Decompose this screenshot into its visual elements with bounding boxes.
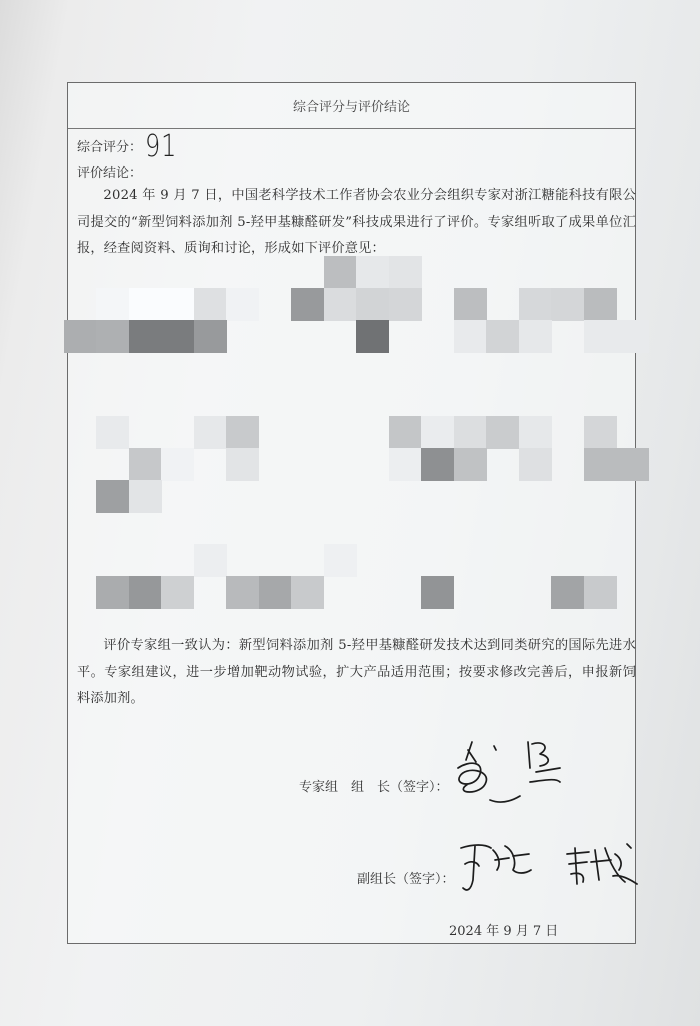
mosaic-cell xyxy=(161,448,194,481)
mosaic-cell xyxy=(421,576,454,609)
mosaic-cell xyxy=(389,256,422,289)
deputy-signatures xyxy=(455,840,675,910)
mosaic-cell xyxy=(226,448,259,481)
conclusion-label: 评价结论： xyxy=(77,162,142,181)
mosaic-cell xyxy=(259,576,292,609)
mosaic-cell xyxy=(519,320,552,353)
mosaic-cell xyxy=(616,448,649,481)
mosaic-cell xyxy=(486,320,519,353)
mosaic-cell xyxy=(96,576,129,609)
leader-signature xyxy=(450,738,610,818)
mosaic-cell xyxy=(291,288,324,321)
mosaic-cell xyxy=(584,288,617,321)
mosaic-cell xyxy=(421,448,454,481)
mosaic-cell xyxy=(324,256,357,289)
leader-signature-label: 专家组 组 长（签字）： xyxy=(299,776,449,795)
mosaic-cell xyxy=(194,416,227,449)
mosaic-cell xyxy=(129,480,162,513)
mosaic-cell xyxy=(519,288,552,321)
deputy-signature-label: 副组长（签字）： xyxy=(357,868,455,887)
mosaic-cell xyxy=(161,288,194,321)
mosaic-cell xyxy=(584,320,617,353)
mosaic-cell xyxy=(324,544,357,577)
mosaic-cell xyxy=(161,576,194,609)
mosaic-cell xyxy=(454,448,487,481)
mosaic-cell xyxy=(226,416,259,449)
mosaic-cell xyxy=(96,320,129,353)
mosaic-cell xyxy=(226,576,259,609)
mosaic-cell xyxy=(356,320,389,353)
mosaic-cell xyxy=(356,256,389,289)
mosaic-cell xyxy=(584,576,617,609)
mosaic-cell xyxy=(129,320,162,353)
mosaic-cell xyxy=(519,448,552,481)
mosaic-cell xyxy=(584,416,617,449)
mosaic-cell xyxy=(551,288,584,321)
mosaic-cell xyxy=(454,416,487,449)
mosaic-cell xyxy=(454,320,487,353)
mosaic-cell xyxy=(96,416,129,449)
score-label: 综合评分： xyxy=(77,136,142,155)
mosaic-cell xyxy=(129,288,162,321)
mosaic-cell xyxy=(194,288,227,321)
mosaic-cell xyxy=(551,576,584,609)
signature-date: 2024 年 9 月 7 日 xyxy=(449,920,558,939)
mosaic-cell xyxy=(356,288,389,321)
mosaic-cell xyxy=(421,416,454,449)
mosaic-cell xyxy=(226,288,259,321)
mosaic-cell xyxy=(129,448,162,481)
mosaic-cell xyxy=(129,576,162,609)
form-title: 综合评分与评价结论 xyxy=(68,83,635,129)
mosaic-cell xyxy=(519,416,552,449)
intro-paragraph: 2024 年 9 月 7 日，中国老科学技术工作者协会农业分会组织专家对浙江糖能… xyxy=(77,183,636,263)
mosaic-cell xyxy=(389,448,422,481)
mosaic-cell xyxy=(389,416,422,449)
mosaic-cell xyxy=(584,448,617,481)
mosaic-cell xyxy=(454,288,487,321)
mosaic-cell xyxy=(324,288,357,321)
mosaic-cell xyxy=(96,480,129,513)
mosaic-cell xyxy=(389,288,422,321)
mosaic-cell xyxy=(291,576,324,609)
mosaic-cell xyxy=(486,416,519,449)
mosaic-cell xyxy=(194,320,227,353)
conclusion-paragraph: 评价专家组一致认为：新型饲料添加剂 5-羟甲基糠醛研发技术达到同类研究的国际先进… xyxy=(77,633,636,713)
mosaic-cell xyxy=(96,288,129,321)
mosaic-cell xyxy=(64,320,97,353)
mosaic-cell xyxy=(161,320,194,353)
mosaic-cell xyxy=(194,544,227,577)
score-value-handwritten: 91 xyxy=(145,129,177,164)
mosaic-cell xyxy=(616,320,649,353)
